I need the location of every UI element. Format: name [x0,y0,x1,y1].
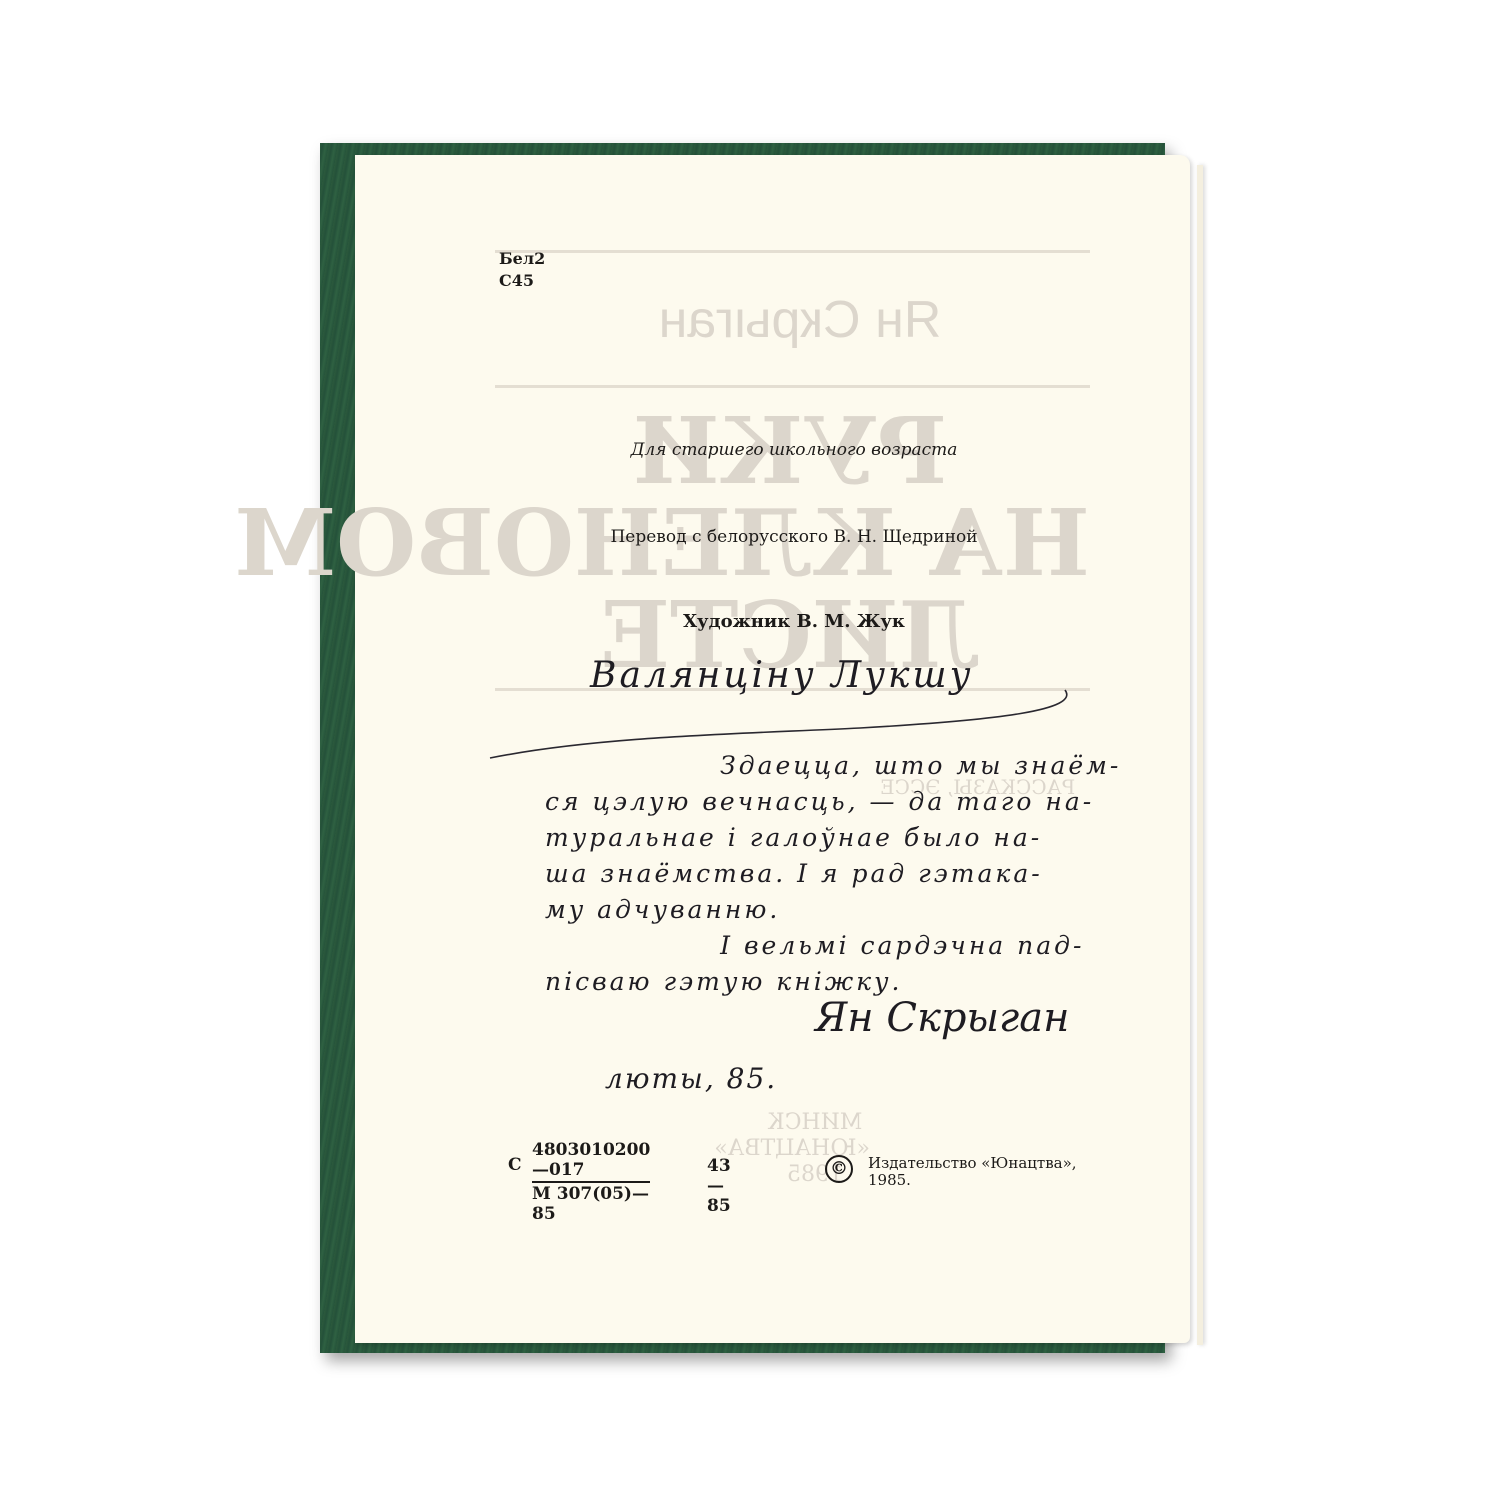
illustrator-credit: Художник В. М. Жук [500,611,1088,632]
inscription-line: ся цэлую вечнасць, — да таго на- [545,784,1121,820]
translator-credit: Перевод с белорусского В. Н. Щедриной [500,527,1088,547]
show-through-city: МИНСК «ЮНАЦТВА» 1985 [760,1110,870,1188]
inscription-line: туральнае і галоўнае было на- [545,820,1121,856]
show-through-author: Ян Скрыган [620,290,980,350]
bbk-code: Бел2 [499,248,545,270]
author-mark: С45 [499,270,545,292]
imprint-prefix: С [508,1155,522,1175]
author-signature: Ян Скрыган [815,995,1069,1041]
show-through-city-line: «ЮНАЦТВА» [760,1136,870,1162]
imprint-denominator: М 307(05)—85 [532,1183,650,1224]
audience-note: Для старшего школьного возраста [500,440,1088,460]
imprint-fraction: 4803010200—017 М 307(05)—85 [532,1140,650,1224]
inscription-line: му адчуванню. [545,892,1121,928]
inscription-line: І вельмі сардэчна пад- [545,928,1121,964]
show-through-rule [495,250,1090,253]
inscription-date: люты, 85. [605,1062,777,1095]
publisher-name: Издательство «Юнацтва», [868,1155,1077,1172]
handwritten-inscription: Здаецца, што мы знаём- ся цэлую вечнасць… [545,748,1121,1000]
show-through-rule [495,385,1090,388]
page-edge [1197,165,1203,1345]
show-through-city-line: 1985 [760,1162,870,1188]
imprint-numerator: 4803010200—017 [532,1140,650,1183]
classification-code: Бел2 С45 [499,248,545,292]
inscription-line: Здаецца, што мы знаём- [545,748,1121,784]
show-through-city-line: МИНСК [760,1110,870,1136]
imprint-suffix: 43—85 [707,1156,731,1216]
publisher-info: Издательство «Юнацтва», 1985. [868,1155,1077,1189]
inscription-line: ша знаёмства. І я рад гэтака- [545,856,1121,892]
copyright-icon: © [825,1155,853,1183]
publication-year: 1985. [868,1172,1077,1189]
